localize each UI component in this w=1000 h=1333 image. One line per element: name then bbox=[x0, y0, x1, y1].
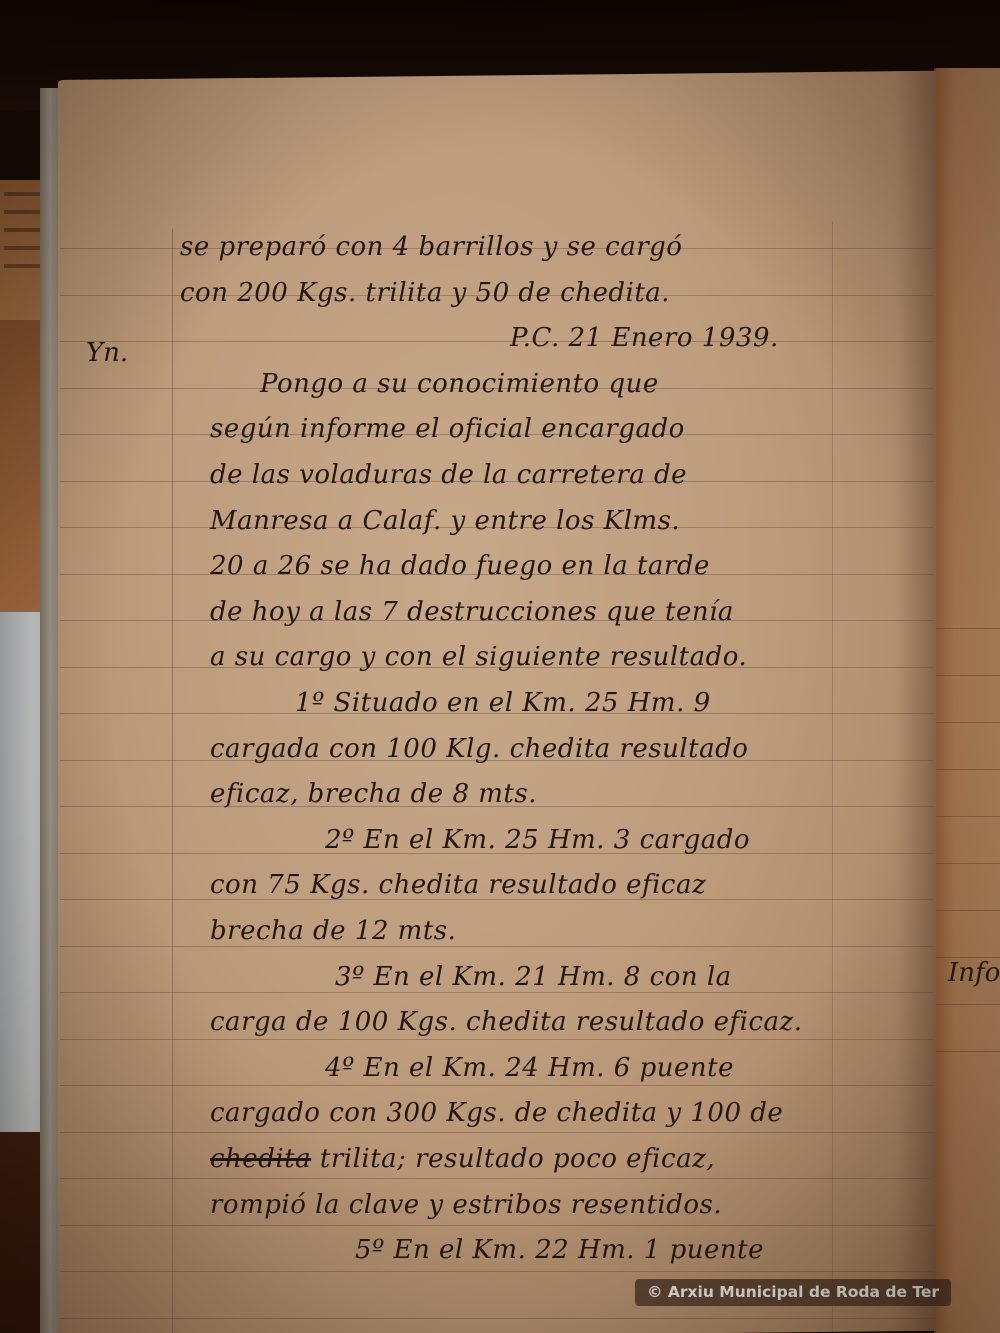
struck-word: chedita bbox=[210, 1144, 311, 1174]
handwritten-line: se preparó con 4 barrillos y se cargó bbox=[180, 232, 682, 262]
handwritten-line: de hoy a las 7 destrucciones que tenía bbox=[210, 597, 734, 627]
handwritten-line: de las voladuras de la carretera de bbox=[210, 460, 687, 490]
handwritten-line: con 75 Kgs. chedita resultado eficaz bbox=[210, 870, 706, 900]
handwritten-line: 3º En el Km. 21 Hm. 8 con la bbox=[335, 962, 732, 992]
photograph: Infor Yn. se preparó con 4 barrillos y s… bbox=[0, 0, 1000, 1333]
facing-page: Infor bbox=[934, 68, 1000, 1333]
printed-document-edge bbox=[0, 180, 44, 320]
handwritten-line: a su cargo y con el siguiente resultado. bbox=[210, 642, 747, 672]
handwritten-line: 4º En el Km. 24 Hm. 6 puente bbox=[325, 1053, 734, 1083]
handwritten-line: Manresa a Calaf. y entre los Klms. bbox=[210, 506, 680, 536]
handwritten-line: 1º Situado en el Km. 25 Hm. 9 bbox=[295, 688, 711, 718]
copyright-credit: © Arxiu Municipal de Roda de Ter bbox=[635, 1279, 951, 1306]
handwritten-line: 5º En el Km. 22 Hm. 1 puente bbox=[355, 1235, 764, 1265]
handwritten-line: brecha de 12 mts. bbox=[210, 916, 456, 946]
handwritten-line: según informe el oficial encargado bbox=[210, 414, 685, 444]
handwritten-line: cargado con 300 Kgs. de chedita y 100 de bbox=[210, 1098, 783, 1128]
handwritten-line: eficaz, brecha de 8 mts. bbox=[210, 779, 537, 809]
handwritten-line: chedita trilita; resultado poco eficaz, bbox=[210, 1144, 715, 1174]
handwritten-line: Pongo a su conocimiento que bbox=[260, 369, 659, 399]
handwritten-line: P.C. 21 Enero 1939. bbox=[510, 323, 779, 353]
handwritten-line: 20 a 26 se ha dado fuego en la tarde bbox=[210, 551, 710, 581]
handwritten-line: rompió la clave y estribos resentidos. bbox=[210, 1190, 722, 1220]
handwritten-line: carga de 100 Kgs. chedita resultado efic… bbox=[210, 1007, 802, 1037]
handwritten-line: 2º En el Km. 25 Hm. 3 cargado bbox=[325, 825, 750, 855]
left-margin-line bbox=[172, 229, 173, 1333]
margin-note: Yn. bbox=[86, 338, 128, 368]
facing-page-text: Infor bbox=[948, 958, 1000, 988]
handwritten-line: cargada con 100 Klg. chedita resultado bbox=[210, 734, 748, 764]
handwritten-line: con 200 Kgs. trilita y 50 de chedita. bbox=[180, 278, 670, 308]
